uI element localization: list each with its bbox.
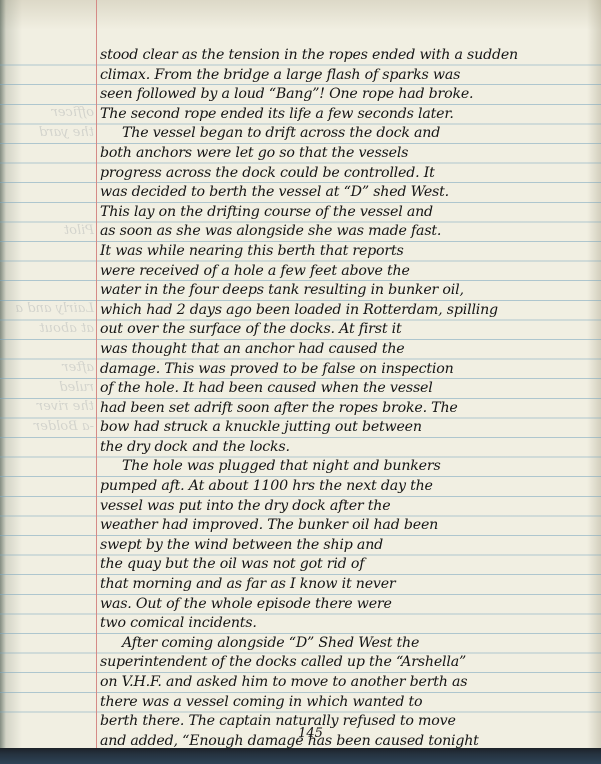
- page-number: 145: [0, 726, 601, 741]
- scan-bottom-edge: [0, 748, 601, 764]
- text-line: progress across the dock could be contro…: [100, 164, 596, 184]
- text-line: two comical incidents.: [100, 614, 596, 634]
- text-line: was. Out of the whole episode there were: [100, 595, 596, 615]
- text-line: the dry dock and the locks.: [100, 438, 596, 458]
- text-line: was decided to berth the vessel at “D” s…: [100, 183, 596, 203]
- text-line: as soon as she was alongside she was mad…: [100, 222, 596, 242]
- text-line: superintendent of the docks called up th…: [100, 653, 596, 673]
- text-line: weather had improved. The bunker oil had…: [100, 516, 596, 536]
- text-line: damage. This was proved to be false on i…: [100, 360, 596, 380]
- text-line: It was while nearing this berth that rep…: [100, 242, 596, 262]
- text-line: pumped aft. At about 1100 hrs the next d…: [100, 477, 596, 497]
- text-line: had been set adrift soon after the ropes…: [100, 399, 596, 419]
- text-line: climax. From the bridge a large flash of…: [100, 66, 596, 86]
- text-line: vessel was put into the dry dock after t…: [100, 497, 596, 517]
- text-line: both anchors were let go so that the ves…: [100, 144, 596, 164]
- text-line: were received of a hole a few feet above…: [100, 262, 596, 282]
- bleed-through-text: officer the yard Pilot Lairly and a at a…: [24, 64, 94, 632]
- text-line: out over the surface of the docks. At fi…: [100, 320, 596, 340]
- notebook-page: officer the yard Pilot Lairly and a at a…: [0, 0, 601, 752]
- text-line: water in the four deeps tank resulting i…: [100, 281, 596, 301]
- red-margin-line: [96, 0, 97, 752]
- text-line: The vessel began to drift across the doc…: [100, 124, 596, 144]
- text-line: on V.H.F. and asked him to move to anoth…: [100, 673, 596, 693]
- text-line: After coming alongside “D” Shed West the: [100, 634, 596, 654]
- text-line: which had 2 days ago been loaded in Rott…: [100, 301, 596, 321]
- text-line: bow had struck a knuckle jutting out bet…: [100, 418, 596, 438]
- text-line: that morning and as far as I know it nev…: [100, 575, 596, 595]
- text-line: This lay on the drifting course of the v…: [100, 203, 596, 223]
- text-line: The second rope ended its life a few sec…: [100, 105, 596, 125]
- handwritten-text: stood clear as the tension in the ropes …: [100, 46, 596, 751]
- text-line: stood clear as the tension in the ropes …: [100, 46, 596, 66]
- text-line: was thought that an anchor had caused th…: [100, 340, 596, 360]
- text-line: seen followed by a loud “Bang”! One rope…: [100, 85, 596, 105]
- text-line: the quay but the oil was not got rid of: [100, 555, 596, 575]
- text-line: of the hole. It had been caused when the…: [100, 379, 596, 399]
- text-line: The hole was plugged that night and bunk…: [100, 457, 596, 477]
- text-line: there was a vessel coming in which wante…: [100, 693, 596, 713]
- text-line: swept by the wind between the ship and: [100, 536, 596, 556]
